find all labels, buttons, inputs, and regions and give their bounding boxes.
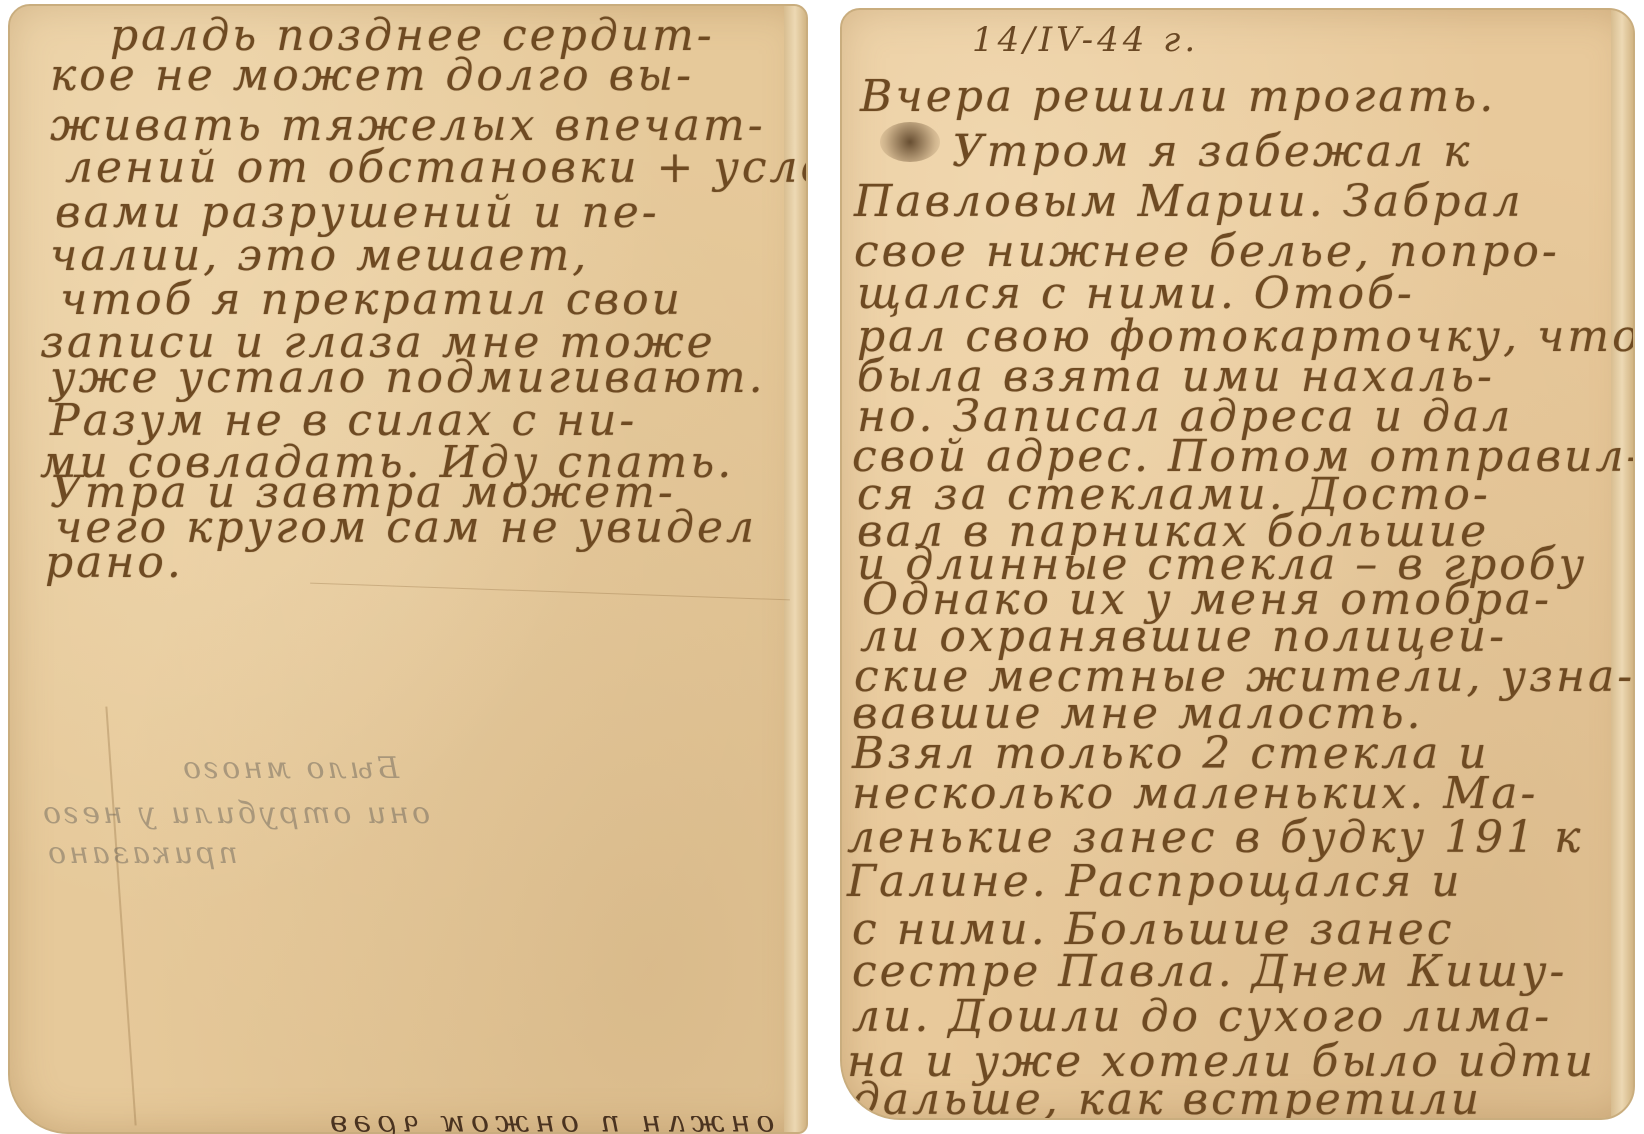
handwritten-line: кое не может долго вы- bbox=[50, 54, 694, 98]
handwritten-line: Галине. Распрощался и bbox=[847, 860, 1463, 904]
faint-pencil-text: они отрубили у него bbox=[40, 796, 430, 831]
paper-crease bbox=[310, 583, 790, 601]
handwritten-line: лений от обстановки + усло bbox=[65, 146, 808, 190]
right-diary-page: 14/IV-44 г. Вчера решили трогать. Утром … bbox=[840, 8, 1635, 1120]
handwritten-line: Павловым Марии. Забрал bbox=[854, 180, 1524, 224]
handwritten-line: ли. Дошли до сухого лима- bbox=[852, 995, 1552, 1039]
handwritten-line: рано. bbox=[45, 541, 184, 585]
handwritten-line: Утром я забежал к bbox=[952, 130, 1472, 174]
paper-crease bbox=[105, 706, 136, 1125]
handwritten-line: Вчера решили трогать. bbox=[860, 75, 1496, 119]
handwritten-line: щался с ними. Отоб- bbox=[857, 272, 1415, 316]
handwritten-line: чалии, это мешает, bbox=[50, 234, 589, 278]
faint-pencil-text: Было много bbox=[180, 751, 399, 786]
handwritten-line: ленькие занес в будку 191 к bbox=[847, 816, 1583, 860]
handwritten-line: сестре Павла. Днем Кишу- bbox=[852, 950, 1567, 994]
ink-blot bbox=[880, 122, 940, 162]
left-diary-page: ралдь позднее сердит- кое не может долго… bbox=[8, 4, 808, 1134]
faint-pencil-text: приказано bbox=[45, 836, 238, 871]
handwritten-line: дальше, как встретили bbox=[852, 1078, 1482, 1120]
handwritten-line: уже устало подмигивают. bbox=[50, 356, 766, 400]
handwritten-line: вами разрушений и пе- bbox=[55, 191, 660, 235]
handwritten-line: несколько маленьких. Ма- bbox=[852, 772, 1538, 816]
handwritten-line: чтоб я прекратил свои bbox=[60, 278, 683, 322]
torn-right-edge bbox=[1611, 10, 1633, 1118]
underlying-page-text-strip: ведь можно и нужно bbox=[330, 1116, 800, 1134]
diary-entry-date: 14/IV-44 г. bbox=[972, 20, 1199, 60]
